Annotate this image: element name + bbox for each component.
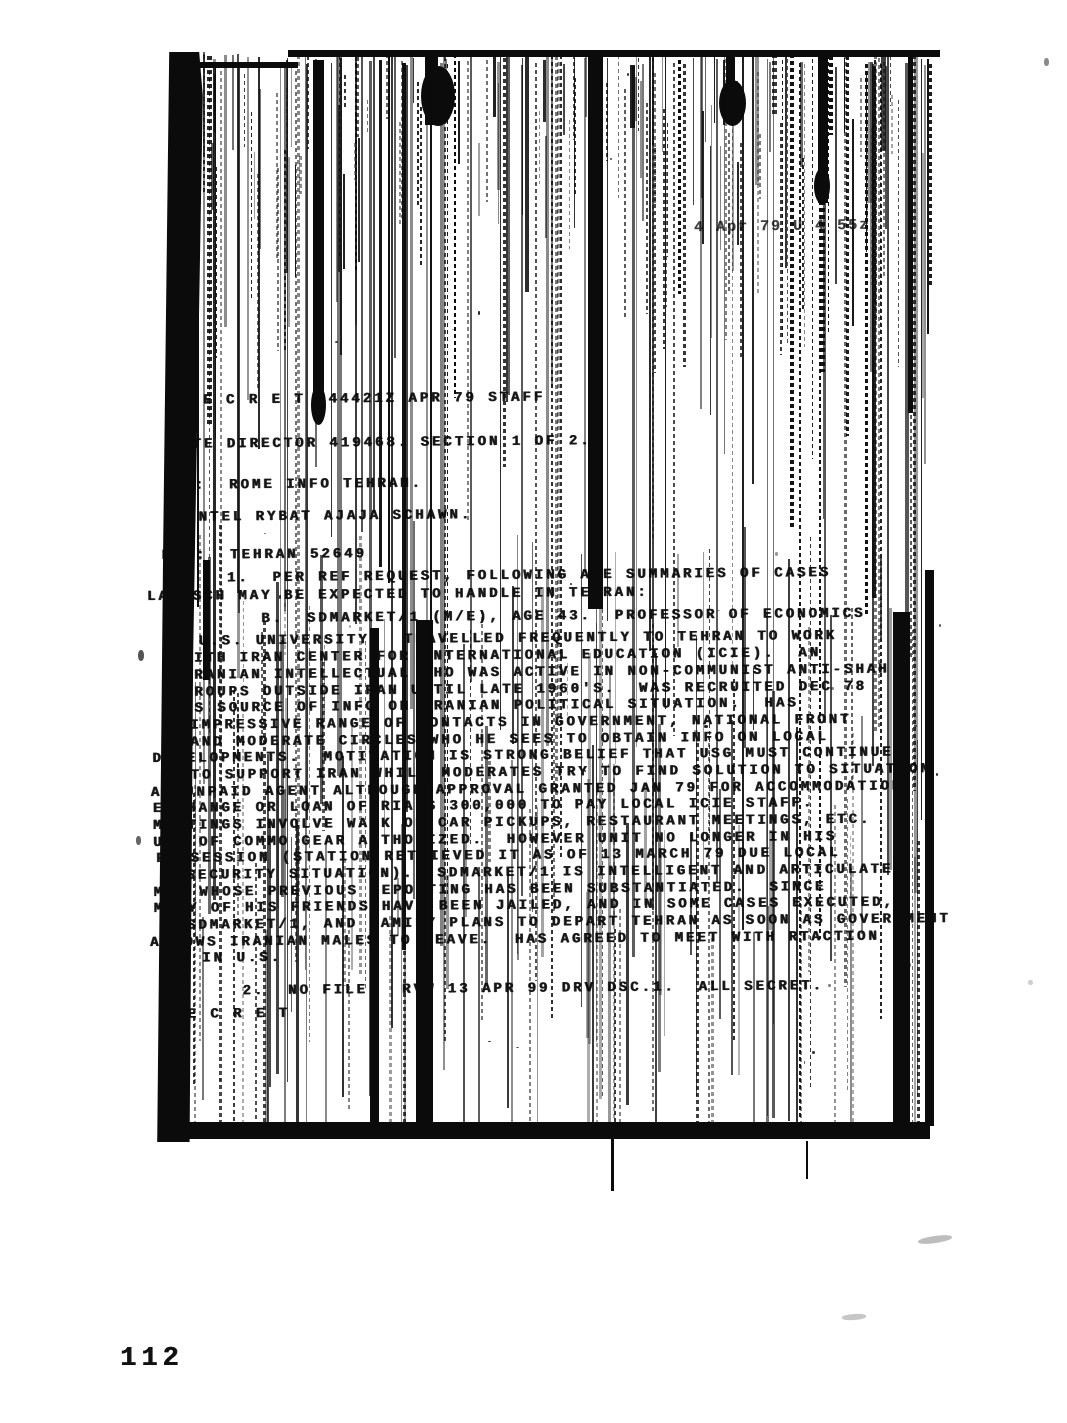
cable-body-line: LAATSCH MAY BE EXPECTED TO HANDLE IN TEH… xyxy=(147,585,649,605)
cable-header-line: S E C R E T 144421Z APR 79 STAFF xyxy=(180,390,545,409)
page-number: 112 xyxy=(120,1344,184,1374)
cable-header-line: CITE DIRECTOR 419468. SECTION 1 OF 2. xyxy=(170,433,592,453)
cable-header-line: WNINTEL RYBAT AJAJA SCHAWN. xyxy=(164,507,472,526)
scan-page: 4 Apr 79 U 4 55z S E C R E T 144421Z APR… xyxy=(0,0,1067,1423)
cable-body-line: IN U.S. xyxy=(202,950,282,967)
cable-text: S E C R E T 144421Z APR 79 STAFFCITE DIR… xyxy=(0,0,1067,1423)
cable-body-line: 1. PER REF REQUEST, FOLLOWING ARE SUMMAR… xyxy=(227,565,831,586)
cable-signoff-line: 2. NO FILE. RVW 13 APR 99 DRV DSC.1. ALL… xyxy=(242,978,824,999)
cable-header-line: TO: ROME INFO TEHRAN. xyxy=(172,476,423,494)
scanned-document: 4 Apr 79 U 4 55z S E C R E T 144421Z APR… xyxy=(0,0,1067,1423)
cable-body-line: B. SDMARKET/1 (M/E), AGE 43. PROFESSOR O… xyxy=(261,606,865,627)
